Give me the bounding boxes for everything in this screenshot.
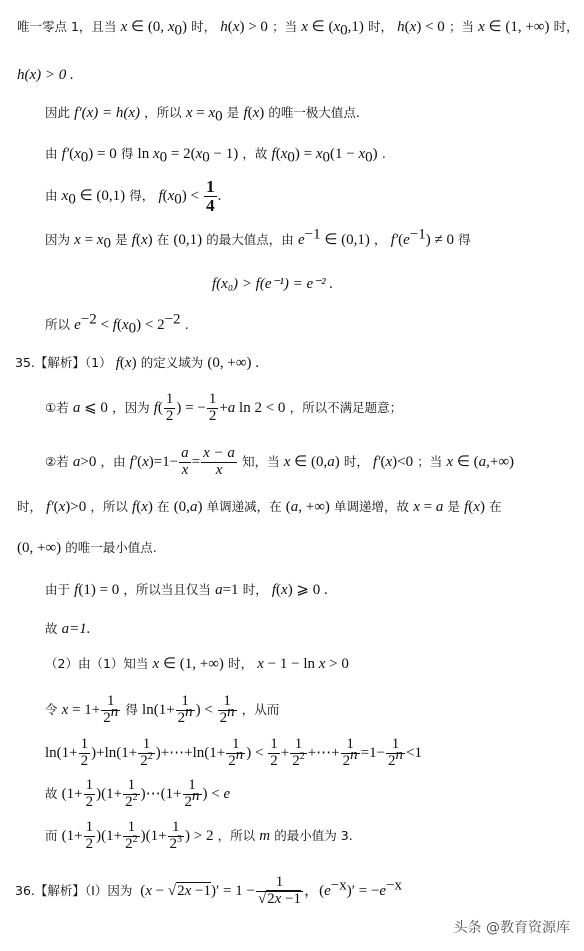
text-line-5: 由 x0 ∈ (0,1) 得， f(x0) < 14. <box>45 178 221 215</box>
q35-product-inequality: 故 (1+12)(1+122)⋯(1+12n) < e <box>45 778 230 811</box>
text-line-2: h(x) > 0 . <box>17 68 74 83</box>
text-line-4: 由 f′(x0) = 0 得 ln x0 = 2(x0 − 1) ，故 f(x0… <box>45 147 386 162</box>
q35-case-1: ①若 a ⩽ 0 ，因为 f(12) = −12+a ln 2 < 0 ，所以不… <box>45 392 402 425</box>
text-line-7: f(x₀) > f(e⁻¹) = e⁻² . <box>212 277 333 292</box>
q35-sum-inequality: ln(1+12)+ln(1+122)+⋯+ln(1+12n) < 12+122+… <box>45 737 422 770</box>
q35-heading: 35.【解析】（1） f(x) 的定义域为 (0, +∞) . <box>15 356 259 371</box>
text-line-6: 因为 x = x0 是 f(x) 在 (0,1) 的最大值点，由 e−1 ∈ (… <box>45 233 471 248</box>
q35-part-2: （2）由（1）知当 x ∈ (1, +∞) 时， x − 1 − ln x > … <box>45 657 349 672</box>
q35-line-6: 故 a=1. <box>45 622 91 637</box>
watermark: 头条 @教育资源库 <box>454 917 570 937</box>
text-line-8: 所以 e−2 < f(x0) < 2−2 . <box>45 318 189 333</box>
text-line-1: 唯一零点 1，且当 x ∈ (0, x0) 时， h(x) > 0 ；当 x ∈… <box>17 20 579 35</box>
q35-case-2: ②若 a>0 ，由 f′(x)=1−ax=x − ax 知，当 x ∈ (0,a… <box>45 446 514 479</box>
q36-heading: 36.【解析】（Ⅰ）因为 (x − √2x −1)′ = 1 −1√2x −1，… <box>15 875 402 908</box>
q35-case-2-end: (0, +∞) 的唯一最小值点. <box>17 541 157 556</box>
q35-part-2-let: 令 x = 1+12n 得 ln(1+12n) < 12n ，从而 <box>45 694 279 727</box>
q35-conclusion: 而 (1+12)(1+122)(1+123) > 2 ，所以 m 的最小值为 3… <box>45 820 353 853</box>
text-line-3: 因此 f′(x) = h(x) ，所以 x = x0 是 f(x) 的唯一极大值… <box>45 106 360 121</box>
q35-line-5: 由于 f(1) = 0 ，所以当且仅当 a=1 时， f(x) ⩾ 0 . <box>45 583 328 598</box>
text: 唯一零点 1，且当 <box>17 19 116 34</box>
q35-case-2-cont: 时， f′(x)>0 ，所以 f(x) 在 (0,a) 单调递减，在 (a, +… <box>17 500 502 515</box>
